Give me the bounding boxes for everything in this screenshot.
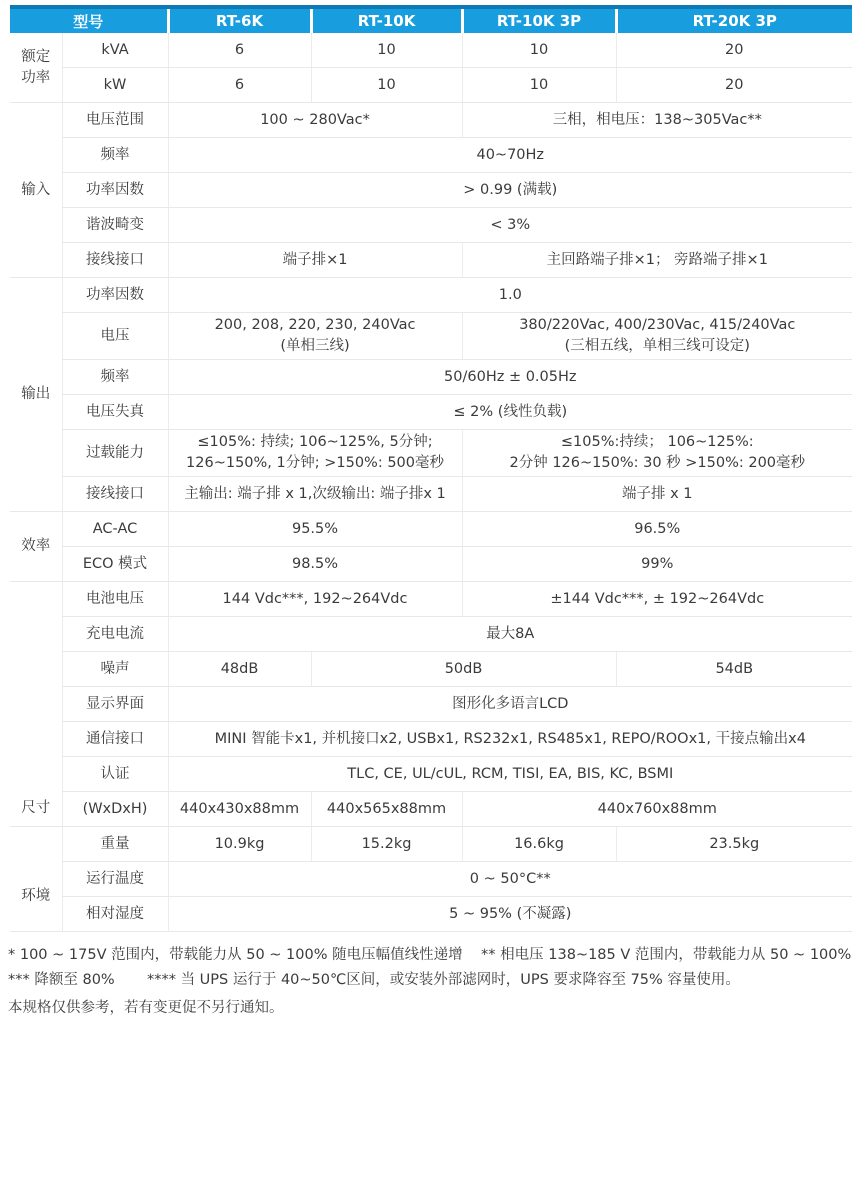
param-label-cell: 频率 [62,360,168,395]
table-row: 接线接口主输出: 端子排 x 1,次级输出: 端子排x 1端子排 x 1 [10,477,852,512]
spec-value-cell: 最大8A [168,617,852,652]
group-label-cell: 尺寸 [10,792,62,827]
spec-value-cell: 10 [462,33,616,68]
spec-value-cell: 三相，相电压：138~305Vac** [462,103,852,138]
spec-value-cell: 20 [616,68,852,103]
table-row: kW6101020 [10,68,852,103]
table-row: 输出功率因数1.0 [10,278,852,313]
spec-table: 型号 RT-6K RT-10K RT-10K 3P RT-20K 3P 额定 功… [10,5,852,932]
table-row: 频率50/60Hz ± 0.05Hz [10,360,852,395]
table-row: 电池电压144 Vdc***, 192~264Vdc±144 Vdc***, ±… [10,582,852,617]
table-row: 充电电流最大8A [10,617,852,652]
spec-value-cell: 99% [462,547,852,582]
spec-value-cell: 1.0 [168,278,852,313]
param-label-cell: AC-AC [62,512,168,547]
spec-value-cell: MINI 智能卡x1, 并机接口x2, USBx1, RS232x1, RS48… [168,722,852,757]
spec-value-cell: 图形化多语言LCD [168,687,852,722]
spec-value-cell: 15.2kg [311,827,462,862]
group-label-cell [10,617,62,652]
spec-value-cell: > 0.99 (满载) [168,173,852,208]
param-label-cell: 运行温度 [62,862,168,897]
spec-value-cell: 端子排 x 1 [462,477,852,512]
table-row: 电压200, 208, 220, 230, 240Vac (单相三线)380/2… [10,313,852,360]
spec-value-cell: 96.5% [462,512,852,547]
model-column-header: 型号 [10,7,168,33]
param-label-cell: 过载能力 [62,430,168,477]
param-label-cell: 通信接口 [62,722,168,757]
table-row: 认证TLC, CE, UL/cUL, RCM, TISI, EA, BIS, K… [10,757,852,792]
spec-value-cell: 380/220Vac, 400/230Vac, 415/240Vac (三相五线… [462,313,852,360]
table-row: 额定 功率kVA6101020 [10,33,852,68]
param-label-cell: 电压失真 [62,395,168,430]
group-label-cell: 输入 [10,103,62,278]
spec-value-cell: 54dB [616,652,852,687]
table-row: 谐波畸变< 3% [10,208,852,243]
param-label-cell: 充电电流 [62,617,168,652]
spec-value-cell: 16.6kg [462,827,616,862]
spec-value-cell: 23.5kg [616,827,852,862]
spec-value-cell: 100 ~ 280Vac* [168,103,462,138]
spec-value-cell: 6 [168,33,311,68]
spec-value-cell: 20 [616,33,852,68]
spec-value-cell: 440x760x88mm [462,792,852,827]
spec-value-cell: 10 [311,68,462,103]
spec-value-cell: 0 ~ 50°C** [168,862,852,897]
spec-value-cell: 50dB [311,652,616,687]
table-row: 电压失真≤ 2% (线性负载) [10,395,852,430]
param-label-cell: 噪声 [62,652,168,687]
spec-value-cell: 440x565x88mm [311,792,462,827]
table-row: 频率40~70Hz [10,138,852,173]
param-label-cell: 相对湿度 [62,897,168,932]
param-label-cell: ECO 模式 [62,547,168,582]
table-row: 过载能力≤105%: 持续; 106~125%, 5分钟; 126~150%, … [10,430,852,477]
table-row: ECO 模式98.5%99% [10,547,852,582]
footnotes: * 100 ~ 175V 范围内，带载能力从 50 ~ 100% 随电压幅值线性… [8,943,852,1021]
spec-value-cell: ±144 Vdc***, ± 192~264Vdc [462,582,852,617]
group-label-cell [10,687,62,722]
param-label-cell: 电压 [62,313,168,360]
param-label-cell: 重量 [62,827,168,862]
param-label-cell: 接线接口 [62,243,168,278]
spec-value-cell: ≤105%: 持续; 106~125%, 5分钟; 126~150%, 1分钟;… [168,430,462,477]
group-label-cell [10,827,62,862]
model-header-rt-10k: RT-10K [311,7,462,33]
group-label-cell: 环境 [10,862,62,932]
spec-table-body: 额定 功率kVA6101020kW6101020输入电压范围100 ~ 280V… [10,33,852,932]
table-row: 输入电压范围100 ~ 280Vac*三相，相电压：138~305Vac** [10,103,852,138]
param-label-cell: (WxDxH) [62,792,168,827]
param-label-cell: 电压范围 [62,103,168,138]
spec-value-cell: 144 Vdc***, 192~264Vdc [168,582,462,617]
group-label-cell: 额定 功率 [10,33,62,103]
spec-value-cell: 200, 208, 220, 230, 240Vac (单相三线) [168,313,462,360]
table-row: 环境运行温度0 ~ 50°C** [10,862,852,897]
spec-value-cell: 端子排×1 [168,243,462,278]
spec-value-cell: 主输出: 端子排 x 1,次级输出: 端子排x 1 [168,477,462,512]
spec-value-cell: 5 ~ 95% (不凝露) [168,897,852,932]
footnote-line: * 100 ~ 175V 范围内，带载能力从 50 ~ 100% 随电压幅值线性… [8,943,852,968]
model-header-rt-6k: RT-6K [168,7,311,33]
group-label-cell: 输出 [10,278,62,512]
param-label-cell: 接线接口 [62,477,168,512]
table-row: 通信接口MINI 智能卡x1, 并机接口x2, USBx1, RS232x1, … [10,722,852,757]
table-row: 尺寸(WxDxH)440x430x88mm440x565x88mm440x760… [10,792,852,827]
param-label-cell: 认证 [62,757,168,792]
footnote-line: 本规格仅供参考，若有变更促不另行通知。 [8,996,852,1021]
spec-value-cell: 98.5% [168,547,462,582]
spec-value-cell: 10.9kg [168,827,311,862]
spec-value-cell: 95.5% [168,512,462,547]
model-header-rt-20k-3p: RT-20K 3P [616,7,852,33]
table-row: 相对湿度5 ~ 95% (不凝露) [10,897,852,932]
spec-value-cell: 50/60Hz ± 0.05Hz [168,360,852,395]
group-label-cell [10,582,62,617]
param-label-cell: 显示界面 [62,687,168,722]
header-row: 型号 RT-6K RT-10K RT-10K 3P RT-20K 3P [10,7,852,33]
spec-value-cell: 主回路端子排×1； 旁路端子排×1 [462,243,852,278]
spec-sheet-page: 型号 RT-6K RT-10K RT-10K 3P RT-20K 3P 额定 功… [0,0,852,1200]
spec-value-cell: 440x430x88mm [168,792,311,827]
group-label-cell [10,652,62,687]
spec-value-cell: 10 [462,68,616,103]
param-label-cell: 功率因数 [62,173,168,208]
table-row: 显示界面图形化多语言LCD [10,687,852,722]
param-label-cell: 功率因数 [62,278,168,313]
spec-value-cell: TLC, CE, UL/cUL, RCM, TISI, EA, BIS, KC,… [168,757,852,792]
spec-value-cell: 6 [168,68,311,103]
param-label-cell: kW [62,68,168,103]
param-label-cell: 谐波畸变 [62,208,168,243]
param-label-cell: kVA [62,33,168,68]
table-row: 效率AC-AC95.5%96.5% [10,512,852,547]
group-label-cell: 效率 [10,512,62,582]
table-row: 噪声48dB50dB54dB [10,652,852,687]
table-row: 重量10.9kg15.2kg16.6kg23.5kg [10,827,852,862]
group-label-cell [10,757,62,792]
spec-value-cell: ≤105%:持续； 106~125%: 2分钟 126~150%: 30 秒 >… [462,430,852,477]
param-label-cell: 电池电压 [62,582,168,617]
table-row: 功率因数> 0.99 (满载) [10,173,852,208]
spec-value-cell: 40~70Hz [168,138,852,173]
spec-value-cell: ≤ 2% (线性负载) [168,395,852,430]
spec-value-cell: 48dB [168,652,311,687]
table-row: 接线接口端子排×1主回路端子排×1； 旁路端子排×1 [10,243,852,278]
param-label-cell: 频率 [62,138,168,173]
footnote-line: *** 降额至 80% **** 当 UPS 运行于 40~50℃区间，或安装外… [8,968,852,993]
spec-value-cell: < 3% [168,208,852,243]
model-header-rt-10k-3p: RT-10K 3P [462,7,616,33]
spec-value-cell: 10 [311,33,462,68]
group-label-cell [10,722,62,757]
